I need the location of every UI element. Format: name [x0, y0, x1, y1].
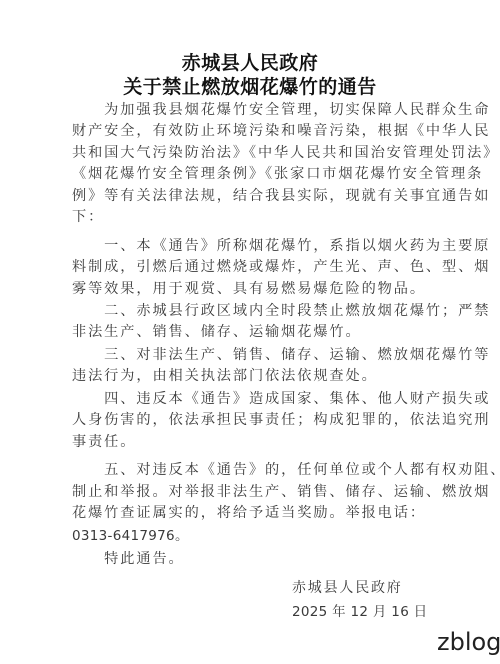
body-line: 五、对违反本《通告》的，任何单位或个人都有权劝阻、 [72, 460, 428, 480]
signature-issuer: 赤城县人民政府 [292, 577, 403, 597]
body-line: 下： [72, 207, 428, 227]
closing-line: 特此通告。 [72, 549, 428, 569]
signature-date: 2025 年 12 月 16 日 [292, 600, 427, 620]
body-line: 一、本《通告》所称烟花爆竹，系指以烟火药为主要原 [72, 236, 428, 256]
body-line: 共和国大气污染防治法》《中华人民共和国治安管理处罚法》 [72, 143, 428, 163]
watermark-text: zblog [437, 628, 500, 656]
body-line: 人身伤害的，依法承担民事责任；构成犯罪的，依法追究刑 [72, 410, 428, 430]
body-line: 花爆竹查证属实的，将给予适当奖励。举报电话： [72, 503, 428, 523]
body-line: 制止和举报。对举报非法生产、销售、储存、运输、燃放烟 [72, 482, 428, 502]
body-line: 三、对非法生产、销售、储存、运输、燃放烟花爆竹等 [72, 345, 428, 365]
body-line: 二、赤城县行政区域内全时段禁止燃放烟花爆竹；严禁 [72, 301, 428, 321]
hotline-number: 0313-6417976。 [72, 526, 428, 546]
body-line: 《烟花爆竹安全管理条例》《张家口市烟花爆竹安全管理条 [72, 164, 428, 184]
body-line: 例》等有关法律法规，结合我县实际，现就有关事宜通告如 [72, 186, 428, 206]
body-line: 雾等效果，用于观赏、具有易燃易爆危险的物品。 [72, 279, 428, 299]
title-issuer: 赤城县人民政府 [0, 48, 500, 75]
body-line: 料制成，引燃后通过燃烧或爆炸，产生光、声、色、型、烟 [72, 257, 428, 277]
body-line: 为加强我县烟花爆竹安全管理，切实保障人民群众生命 [72, 100, 428, 120]
title-subject: 关于禁止燃放烟花爆竹的通告 [0, 72, 500, 99]
body-line: 违法行为，由相关执法部门依法依规查处。 [72, 366, 428, 386]
body-line: 事责任。 [72, 432, 428, 452]
body-line: 四、违反本《通告》造成国家、集体、他人财产损失或 [72, 389, 428, 409]
body-line: 财产安全，有效防止环境污染和噪音污染，根据《中华人民 [72, 121, 428, 141]
body-line: 非法生产、销售、储存、运输烟花爆竹。 [72, 322, 428, 342]
